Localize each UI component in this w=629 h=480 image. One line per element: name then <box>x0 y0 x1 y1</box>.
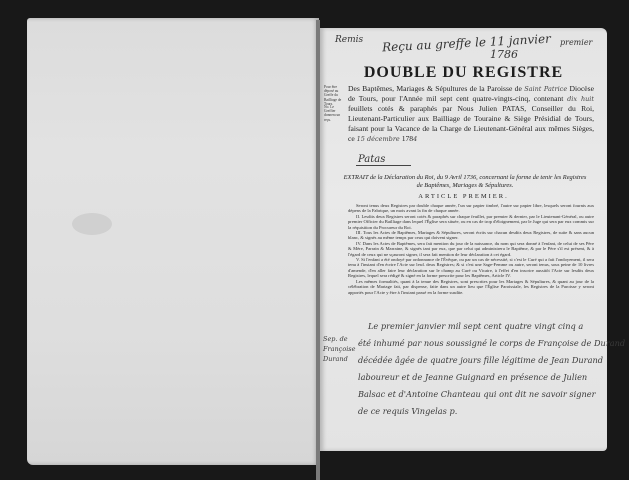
entry-line-5: Balsac et d'Antoine Chanteau qui ont dit… <box>358 389 596 399</box>
register-intro: Des Baptêmes, Mariages & Sépultures de l… <box>348 84 594 144</box>
articles-text: Seront tenus deux Registres par double c… <box>348 203 594 295</box>
year-fill: 4 <box>413 135 417 143</box>
entry-line-4: laboureur et de Jeanne Guignard en prése… <box>358 372 587 382</box>
date-fill: 15 décembre <box>357 135 400 143</box>
article-4: IV. Dans les Actes de Baptêmes, sera fai… <box>348 241 594 257</box>
paper-stain <box>72 213 112 235</box>
annotation-premier: premier <box>560 38 592 47</box>
intro-line1: Des Baptêmes, Mariages & Sépultures de l… <box>348 84 522 93</box>
entry-margin-2: Françoise <box>323 344 356 354</box>
article-5: V. Si l'enfant a été ondoyé par ordonnan… <box>348 257 594 279</box>
annotation-received: Reçu au greffe le 11 janvier <box>382 32 551 55</box>
article-heading: ARTICLE PREMIER. <box>320 193 607 200</box>
signature-flourish <box>356 165 411 166</box>
entry-line-1: Le premier janvier mil sept cent quatre … <box>368 321 583 331</box>
article-6: Les mêmes formalités, quant à la tenue d… <box>348 279 594 295</box>
burial-entry: Sep. de Françoise Durand Le premier janv… <box>320 316 607 436</box>
signature: Patas <box>358 154 385 165</box>
right-page: Remis Reçu au greffe le 11 janvier premi… <box>320 28 607 451</box>
parish-fill: Saint Patrice <box>524 85 567 93</box>
intro-line3: pour l'Année mil sept cent quatre-vingts… <box>382 94 564 103</box>
entry-margin-3: Durand <box>323 354 356 364</box>
entry-line-2: été inhumé par nous soussigné le corps d… <box>358 338 625 348</box>
entry-margin-1: Sep. de <box>323 334 356 344</box>
scan-background: Remis Reçu au greffe le 11 janvier premi… <box>0 0 629 480</box>
count-fill: dix huit <box>567 95 594 103</box>
entry-margin: Sep. de Françoise Durand <box>323 334 356 364</box>
entry-line-6: de ce requis Vingelas p. <box>358 406 457 416</box>
extrait-heading: EXTRAIT de la Déclaration du Roi, du 9 A… <box>340 174 590 189</box>
annotation-remis: Remis <box>335 35 363 45</box>
year-print: 178 <box>402 134 413 143</box>
article-3: III. Tous les Actes de Baptêmes, Mariage… <box>348 230 594 241</box>
page-title: DOUBLE DU REGISTRE <box>320 64 607 82</box>
margin-note-receipt: No. Le Greffier donnera un reçu. <box>324 105 342 122</box>
margin-note-deposit: Pour être déposé au Greffe du Bailliage … <box>324 85 342 106</box>
annotation-year: 1786 <box>490 48 518 61</box>
left-page-blank <box>27 18 319 465</box>
article-2: II. Lesdits deux Registres seront cotés … <box>348 214 594 230</box>
entry-line-3: décédée âgée de quatre jours fille légit… <box>358 355 603 365</box>
article-1: Seront tenus deux Registres par double c… <box>348 203 594 214</box>
